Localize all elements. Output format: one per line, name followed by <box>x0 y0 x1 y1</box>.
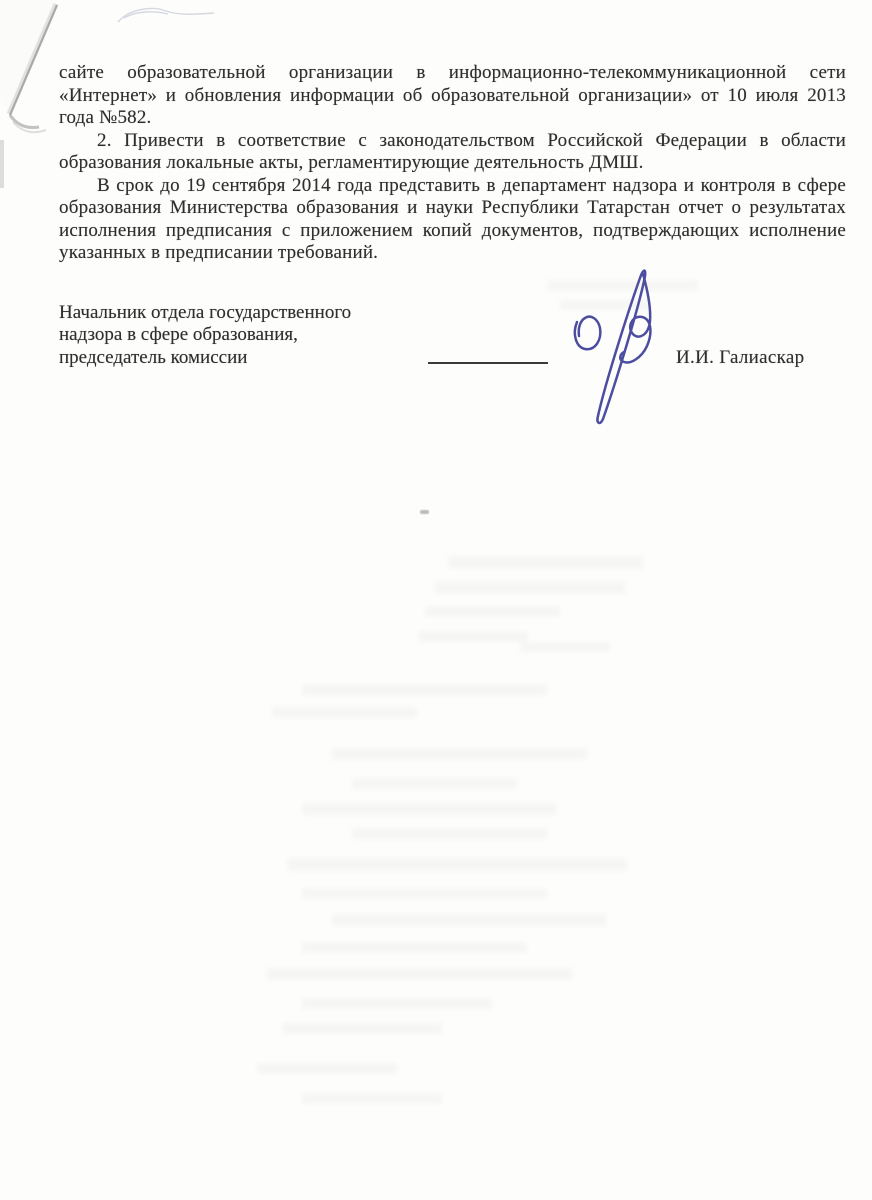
scan-speck-artifact <box>420 510 429 514</box>
signature-title-block: Начальник отдела государственного надзор… <box>59 302 419 369</box>
document-body: сайте образовательной организации в инфо… <box>59 62 846 265</box>
body-paragraph: 2. Привести в соответствие с законодател… <box>59 130 846 175</box>
signature-title-line: надзора в сфере образования, <box>59 324 419 346</box>
scanned-document-page: сайте образовательной организации в инфо… <box>0 0 872 1200</box>
body-paragraph: В срок до 19 сентября 2014 года представ… <box>59 175 846 265</box>
body-paragraph: сайте образовательной организации в инфо… <box>59 62 846 130</box>
signer-name: И.И. Галиаскар <box>676 347 804 369</box>
ink-smudge-artifact <box>110 2 220 28</box>
signature-ink <box>550 258 686 434</box>
signature-line <box>428 362 548 364</box>
signature-title-line: Начальник отдела государственного <box>59 302 419 324</box>
signature-title-line: председатель комиссии <box>59 347 419 369</box>
